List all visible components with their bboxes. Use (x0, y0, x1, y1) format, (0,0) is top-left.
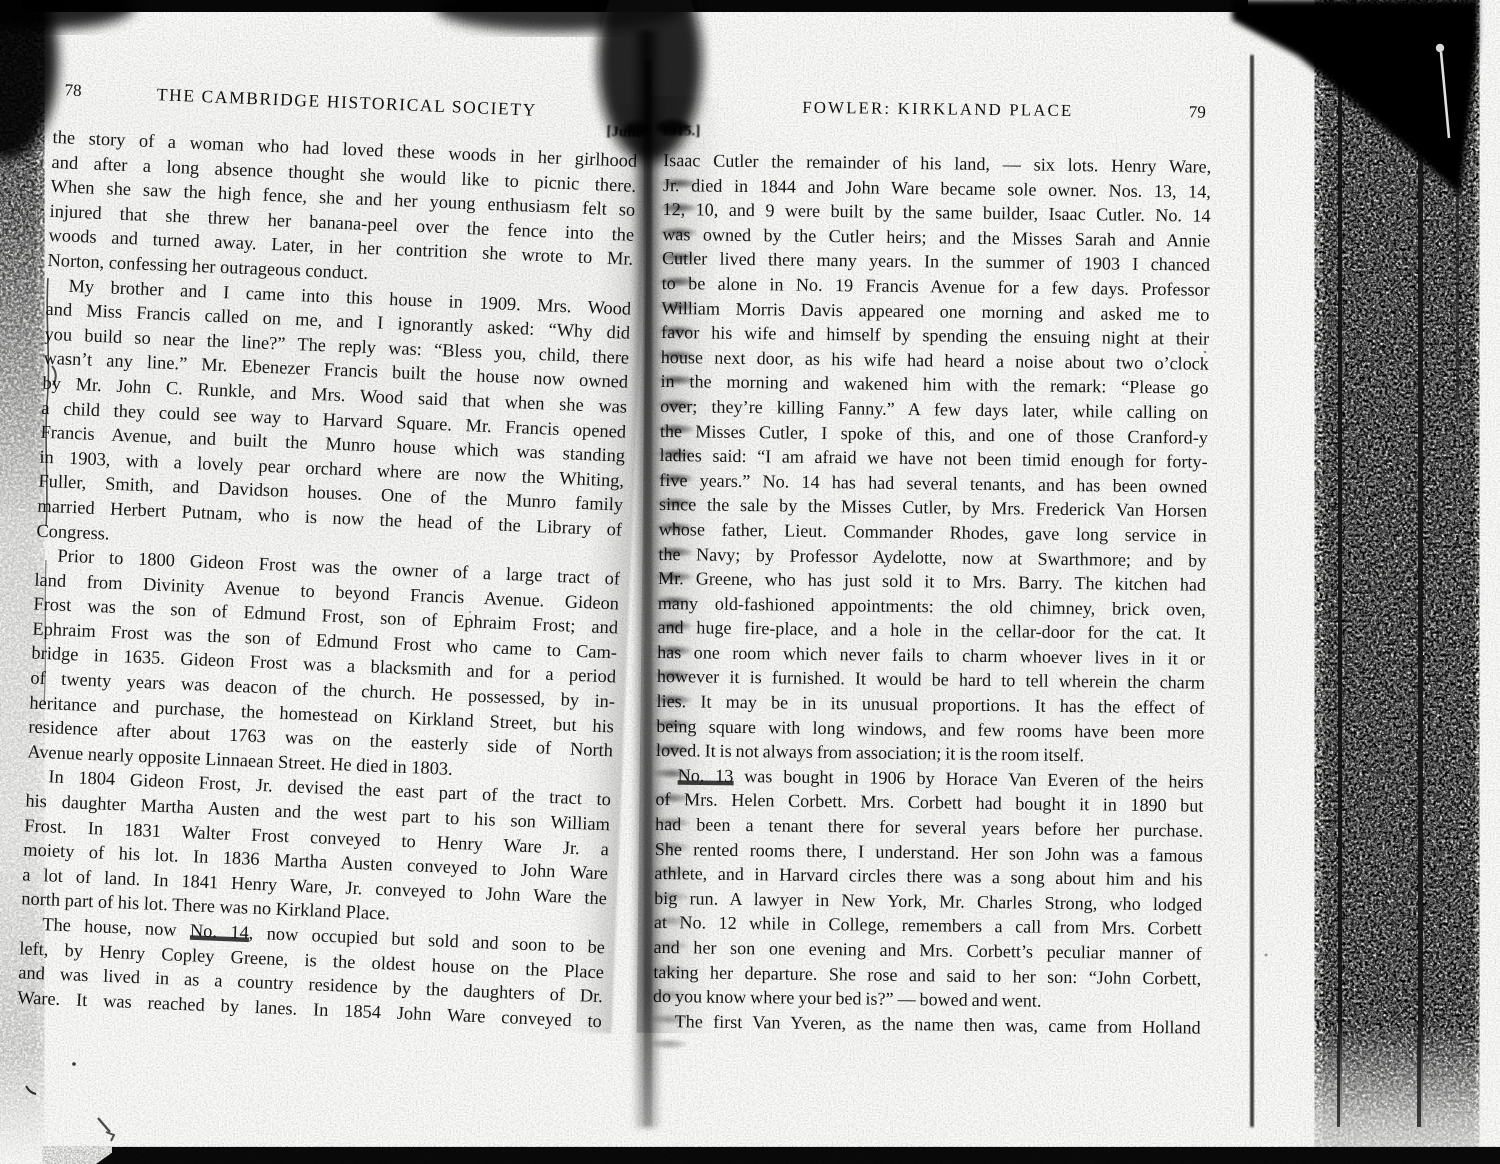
corner-shadow (0, 0, 58, 160)
scanner-edge-bar-bottom (96, 1147, 1500, 1164)
running-header-left: 78 THE CAMBRIDGE HISTORICAL SOCIETY [Jun… (54, 80, 639, 128)
book-edge-line (1337, 1035, 1340, 1127)
gutter-shadow-top (435, 0, 685, 32)
page-number-right: 79 (1189, 102, 1206, 122)
pencil-mark (26, 1086, 36, 1094)
speck (1265, 954, 1268, 957)
book-edge-line (1417, 1035, 1421, 1127)
book-edge-band (1322, 18, 1472, 1130)
page-right: FOWLER: KIRKLAND PLACE 79 1915.] Isaac C… (653, 96, 1212, 1040)
page-edge-line (1250, 55, 1254, 1127)
paragraph: In 1804 Gideon Frost, Jr. devised the ea… (21, 764, 612, 935)
pencil-mark (106, 1132, 114, 1141)
page-number-left: 78 (64, 80, 82, 101)
ink-smudge (656, 120, 690, 135)
pencil-underline: No. 13 (678, 765, 734, 786)
pencil-mark (98, 1118, 110, 1132)
page-body-right: Isaac Cutler the remainder of his land, … (653, 148, 1212, 1040)
pencil-underline: No. 14 (190, 920, 250, 942)
running-header-right: FOWLER: KIRKLAND PLACE 79 1915.] (664, 96, 1212, 127)
paragraph: My brother and I came into this house in… (36, 272, 632, 566)
scanned-book-spread: { "document": { "kind": "scanned book pa… (0, 0, 1500, 1164)
running-title-left: THE CAMBRIDGE HISTORICAL SOCIETY (54, 80, 639, 125)
page-body-left: the story of a woman who had loved these… (17, 125, 638, 1034)
scanner-edge-bar-bottom (112, 1147, 1500, 1164)
paragraph: the story of a woman who had loved these… (47, 125, 638, 296)
running-title-right: FOWLER: KIRKLAND PLACE (664, 96, 1212, 123)
corner-shadow (0, 0, 135, 30)
pencil-dot (72, 1062, 76, 1066)
pin-mark (1436, 44, 1449, 138)
paragraph: No. 13 was bought in 1906 by Horace Van … (653, 763, 1204, 1016)
scanner-edge-bar-top (22, 0, 1248, 12)
paragraph: Isaac Cutler the remainder of his land, … (656, 148, 1211, 769)
paragraph: Prior to 1800 Gideon Frost was the owner… (27, 543, 621, 788)
page-left: 78 THE CAMBRIDGE HISTORICAL SOCIETY [Jun… (17, 80, 640, 1034)
corner-shadow-wedge (1232, 0, 1478, 195)
bar-texture (112, 1147, 1500, 1164)
